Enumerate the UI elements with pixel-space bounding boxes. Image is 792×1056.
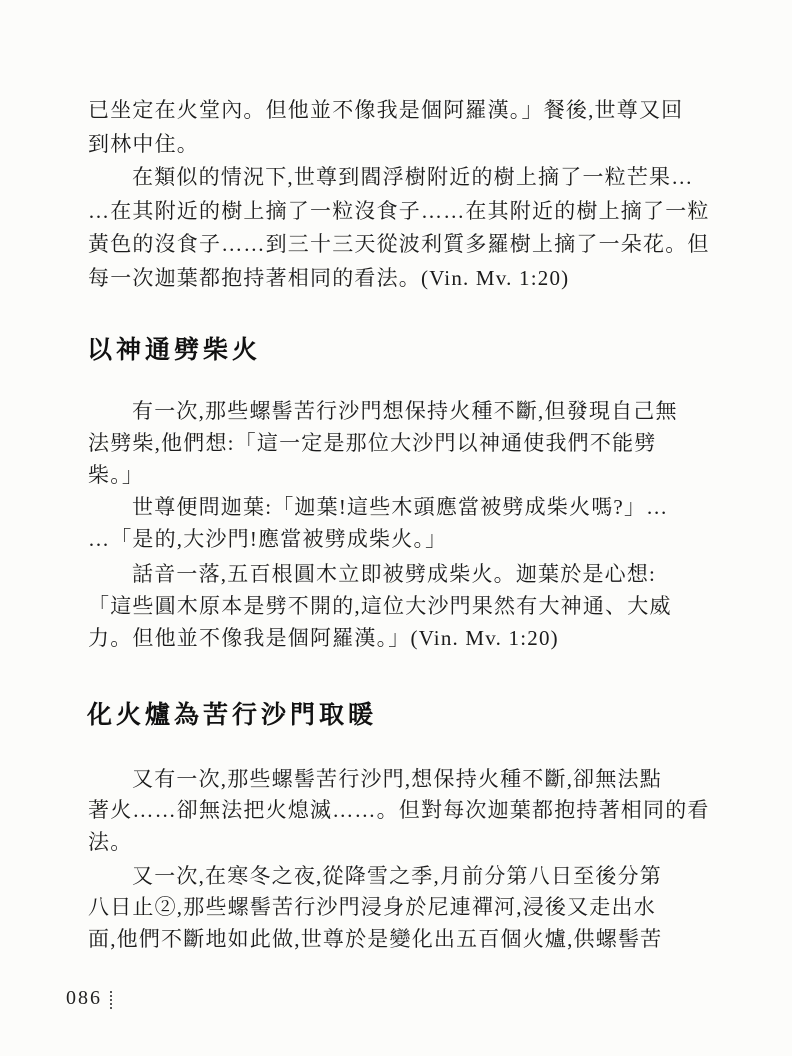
text-line: 每一次迦葉都抱持著相同的看法。(Vin. Mv. 1:20) bbox=[88, 262, 720, 296]
paragraph: 話音一落,五百根圓木立即被劈成柴火。迦葉於是心想: 「這些圓木原本是劈不開的,這… bbox=[88, 559, 720, 654]
paragraph: 世尊便問迦葉:「迦葉!這些木頭應當被劈成柴火嗎?」… …「是的,大沙門!應當被劈… bbox=[88, 492, 720, 556]
text-line: 又有一次,那些螺髻苦行沙門,想保持火種不斷,卻無法點 bbox=[88, 764, 720, 795]
paragraph: 又一次,在寒冬之夜,從降雪之季,月前分第八日至後分第 八日止②,那些螺髻苦行沙門… bbox=[88, 861, 720, 955]
text-line: 法。 bbox=[88, 827, 720, 858]
page-number-divider bbox=[110, 991, 112, 1009]
text-line: 「這些圓木原本是劈不開的,這位大沙門果然有大神通、大威 bbox=[88, 591, 720, 623]
page-number: 086 bbox=[66, 987, 102, 1010]
text-line: 世尊便問迦葉:「迦葉!這些木頭應當被劈成柴火嗎?」… bbox=[88, 492, 720, 524]
text-line: …「是的,大沙門!應當被劈成柴火。」 bbox=[88, 524, 720, 556]
paragraph: 在類似的情況下,世尊到閻浮樹附近的樹上摘了一粒芒果… …在其附近的樹上摘了一粒沒… bbox=[88, 161, 720, 295]
text-line: 到林中住。 bbox=[88, 128, 720, 162]
text-line: 有一次,那些螺髻苦行沙門想保持火種不斷,但發現自己無 bbox=[88, 396, 720, 428]
paragraph: 有一次,那些螺髻苦行沙門想保持火種不斷,但發現自己無 法劈柴,他們想:「這一定是… bbox=[88, 396, 720, 491]
paragraph: 已坐定在火堂內。但他並不像我是個阿羅漢。」餐後,世尊又回 到林中住。 bbox=[88, 94, 720, 161]
text-line: 八日止②,那些螺髻苦行沙門浸身於尼連禪河,浸後又走出水 bbox=[88, 892, 720, 923]
paragraph: 又有一次,那些螺髻苦行沙門,想保持火種不斷,卻無法點 著火……卻無法把火熄滅……… bbox=[88, 764, 720, 858]
book-page: 已坐定在火堂內。但他並不像我是個阿羅漢。」餐後,世尊又回 到林中住。 在類似的情… bbox=[0, 0, 792, 1056]
section-heading-1: 以神通劈柴火 bbox=[87, 330, 261, 366]
text-line: 柴。」 bbox=[88, 460, 720, 492]
section-heading-2: 化火爐為苦行沙門取暖 bbox=[87, 695, 377, 731]
text-line: 在類似的情況下,世尊到閻浮樹附近的樹上摘了一粒芒果… bbox=[88, 161, 720, 195]
text-line: 黃色的沒食子……到三十三天從波利質多羅樹上摘了一朵花。但 bbox=[88, 228, 720, 262]
text-line: 話音一落,五百根圓木立即被劈成柴火。迦葉於是心想: bbox=[88, 559, 720, 591]
text-line: 著火……卻無法把火熄滅……。但對每次迦葉都抱持著相同的看 bbox=[88, 795, 720, 826]
text-line: 已坐定在火堂內。但他並不像我是個阿羅漢。」餐後,世尊又回 bbox=[88, 94, 720, 128]
text-line: …在其附近的樹上摘了一粒沒食子……在其附近的樹上摘了一粒 bbox=[88, 195, 720, 229]
text-line: 又一次,在寒冬之夜,從降雪之季,月前分第八日至後分第 bbox=[88, 861, 720, 892]
text-line: 法劈柴,他們想:「這一定是那位大沙門以神通使我們不能劈 bbox=[88, 428, 720, 460]
text-line: 面,他們不斷地如此做,世尊於是變化出五百個火爐,供螺髻苦 bbox=[88, 924, 720, 955]
text-line: 力。但他並不像我是個阿羅漢。」(Vin. Mv. 1:20) bbox=[88, 623, 720, 655]
